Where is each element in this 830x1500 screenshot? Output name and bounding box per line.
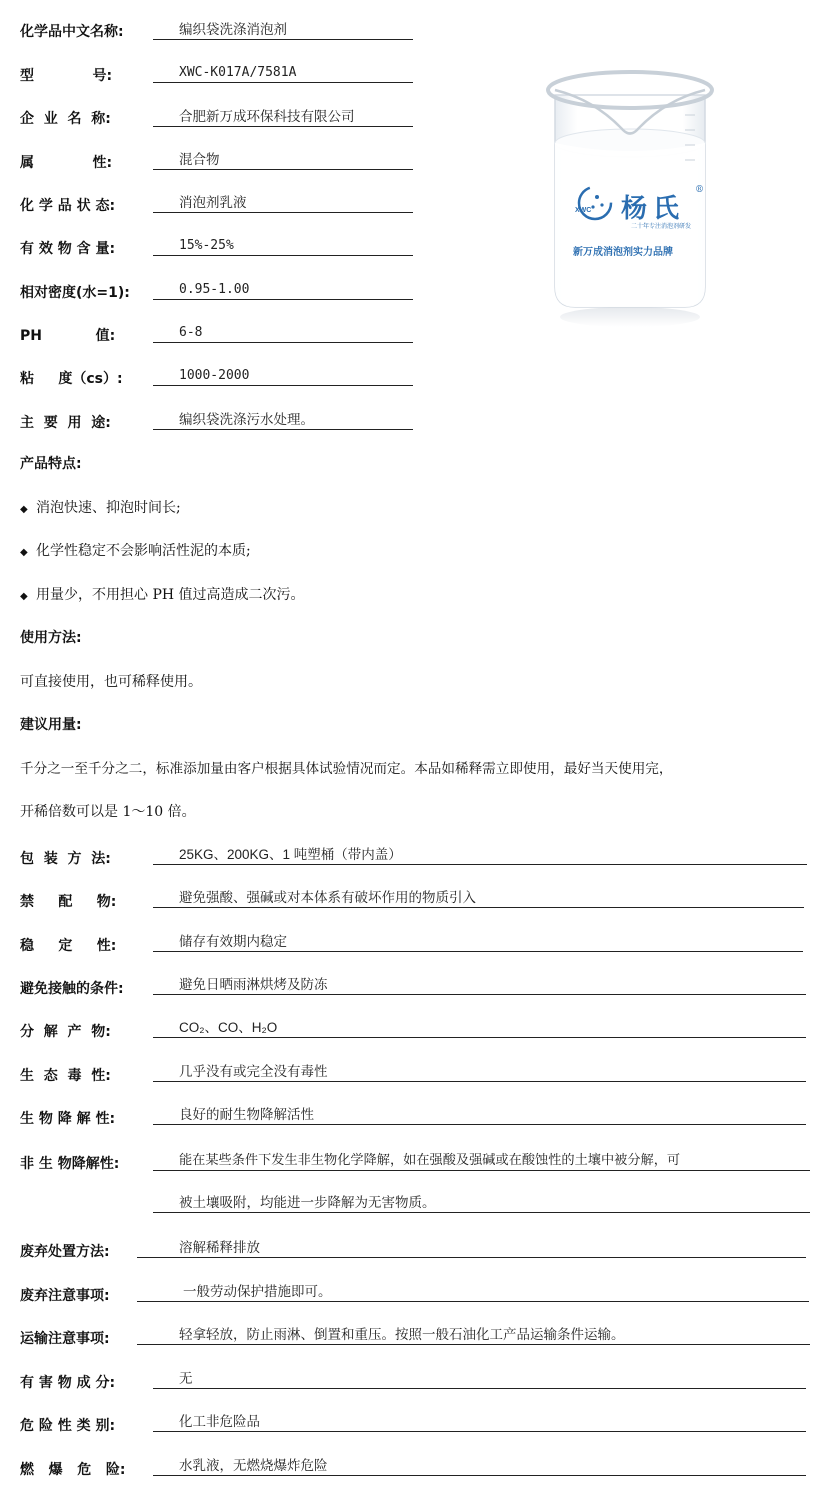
brand-subtitle: 二十年专注消泡剂研发 (631, 221, 691, 230)
spec-label: 稳 定 性: (20, 936, 116, 956)
feature-text: 消泡快速、抑泡时间长; (36, 500, 181, 516)
spec-row-density: 相对密度(水=1): (20, 279, 130, 303)
spec-row-abiotic-degradation: 非 生 物降解性: (20, 1150, 119, 1174)
spec-value-viscosity: 1000-2000 (153, 366, 413, 386)
spec-row-content: 有 效 物 含 量: (20, 235, 115, 259)
feature-item: ◆化学性稳定不会影响活性泥的本质; (20, 541, 251, 563)
spec-value-avoid: 避免日晒雨淋烘烤及防冻 (153, 975, 806, 995)
spec-label: 有 效 物 含 量: (20, 239, 115, 259)
spec-value-explosion-hazard: 水乳液，无燃烧爆炸危险 (153, 1456, 806, 1476)
spec-label: 相对密度(水=1): (20, 283, 130, 303)
spec-row-avoid: 避免接触的条件: (20, 975, 124, 999)
spec-value-attribute: 混合物 (153, 150, 413, 170)
spec-label: 属 性: (20, 153, 112, 173)
dosage-text-line2: 开稀倍数可以是 1～10 倍。 (20, 802, 196, 822)
spec-row-hazardous-components: 有 害 物 成 分: (20, 1369, 115, 1393)
spec-row-disposal: 废弃处置方法: (20, 1238, 110, 1262)
spec-value-hazard-class: 化工非危险品 (153, 1412, 806, 1432)
spec-row-ph: PH 值: (20, 322, 115, 346)
spec-row-packaging: 包 装 方 法: (20, 845, 111, 869)
spec-label: 有 害 物 成 分: (20, 1373, 115, 1393)
spec-value-hazardous-components: 无 (153, 1369, 806, 1389)
spec-label: 化学品中文名称: (20, 22, 124, 42)
spec-label: 废弃处置方法: (20, 1242, 110, 1262)
diamond-bullet-icon: ◆ (20, 500, 30, 520)
spec-value-model: XWC-K017A/7581A (153, 63, 413, 83)
brand-slogan: 新万成消泡剂实力品牌 (573, 243, 673, 258)
spec-label: 禁 配 物: (20, 892, 116, 912)
spec-value-chem-name: 编织袋洗涤消泡剂 (153, 20, 413, 40)
feature-item: ◆用量少，不用担心 PH 值过高造成二次污。 (20, 585, 305, 607)
brand-logo-text: XWC (575, 207, 591, 214)
spec-value-disposal-notes: 一般劳动保护措施即可。 (137, 1282, 809, 1302)
spec-label: 避免接触的条件: (20, 979, 124, 999)
diamond-bullet-icon: ◆ (20, 543, 30, 563)
spec-row-hazard-class: 危 险 性 类 别: (20, 1412, 115, 1436)
spec-value-biodegradability: 良好的耐生物降解活性 (153, 1105, 806, 1125)
spec-value-transport: 轻拿轻放，防止雨淋、倒置和重压。按照一般石油化工产品运输条件运输。 (137, 1325, 810, 1345)
feature-text: 化学性稳定不会影响活性泥的本质; (36, 543, 251, 559)
dosage-heading: 建议用量: (20, 715, 82, 735)
spec-row-stability: 稳 定 性: (20, 932, 116, 956)
spec-label: 包 装 方 法: (20, 849, 111, 869)
usage-heading: 使用方法: (20, 628, 82, 648)
spec-value-stability: 储存有效期内稳定 (153, 932, 803, 952)
spec-value-use: 编织袋洗涤污水处理。 (153, 410, 413, 430)
feature-text: 用量少，不用担心 PH 值过高造成二次污。 (36, 587, 305, 603)
spec-label: 生 物 降 解 性: (20, 1109, 115, 1129)
spec-label: 运输注意事项: (20, 1329, 110, 1349)
spec-label: 燃 爆 危 险: (20, 1460, 125, 1480)
spec-value-incompatible: 避免强酸、强碱或对本体系有破坏作用的物质引入 (153, 888, 804, 908)
spec-value-decomposition: CO₂、CO、H₂O (153, 1018, 806, 1038)
spec-row-company: 企 业 名 称: (20, 105, 111, 129)
spec-value-state: 消泡剂乳液 (153, 193, 413, 213)
spec-row-biodegradability: 生 物 降 解 性: (20, 1105, 115, 1129)
spec-value-packaging: 25KG、200KG、1 吨塑桶（带内盖） (153, 845, 807, 865)
diamond-bullet-icon: ◆ (20, 587, 30, 607)
usage-text: 可直接使用，也可稀释使用。 (20, 672, 202, 692)
spec-label: 化 学 品 状 态: (20, 196, 115, 216)
spec-row-state: 化 学 品 状 态: (20, 192, 115, 216)
spec-label: 型 号: (20, 66, 112, 86)
spec-row-decomposition: 分 解 产 物: (20, 1018, 111, 1042)
features-heading: 产品特点: (20, 454, 82, 474)
product-image: XWC 杨氏 ® 二十年专注消泡剂研发 新万成消泡剂实力品牌 (535, 55, 725, 335)
spec-label: 危 险 性 类 别: (20, 1416, 115, 1436)
spec-row-explosion-hazard: 燃 爆 危 险: (20, 1456, 125, 1480)
spec-value-company: 合肥新万成环保科技有限公司 (153, 107, 413, 127)
spec-value-density: 0.95-1.00 (153, 280, 413, 300)
registered-mark: ® (695, 185, 704, 195)
spec-row-disposal-notes: 废弃注意事项: (20, 1282, 110, 1306)
spec-row-use: 主 要 用 途: (20, 409, 111, 433)
spec-row-incompatible: 禁 配 物: (20, 888, 116, 912)
spec-label: 生 态 毒 性: (20, 1066, 111, 1086)
spec-value-content: 15%-25% (153, 236, 413, 256)
spec-label: 粘 度（cs）: (20, 369, 123, 389)
dosage-text-line1: 千分之一至千分之二，标准添加量由客户根据具体试验情况而定。本品如稀释需立即使用，… (20, 759, 673, 779)
spec-value-ph: 6-8 (153, 323, 413, 343)
spec-row-model: 型 号: (20, 62, 112, 86)
spec-value-abiotic-degradation-cont: 被土壤吸附，均能进一步降解为无害物质。 (153, 1193, 810, 1213)
spec-row-chem-name: 化学品中文名称: (20, 18, 124, 42)
spec-row-attribute: 属 性: (20, 149, 112, 173)
feature-item: ◆消泡快速、抑泡时间长; (20, 498, 181, 520)
spec-row-transport: 运输注意事项: (20, 1325, 110, 1349)
spec-value-eco-toxicity: 几乎没有或完全没有毒性 (153, 1062, 806, 1082)
spec-value-disposal: 溶解稀释排放 (137, 1238, 806, 1258)
spec-label: 分 解 产 物: (20, 1022, 111, 1042)
brand-name: 杨氏 (621, 188, 685, 225)
spec-row-viscosity: 粘 度（cs）: (20, 365, 123, 389)
spec-label: 废弃注意事项: (20, 1286, 110, 1306)
spec-label: 主 要 用 途: (20, 413, 111, 433)
spec-label: PH 值: (20, 326, 115, 346)
spec-label: 非 生 物降解性: (20, 1154, 119, 1174)
spec-value-abiotic-degradation: 能在某些条件下发生非生物化学降解，如在强酸及强碱或在酸蚀性的土壤中被分解，可 (153, 1151, 810, 1171)
spec-label: 企 业 名 称: (20, 109, 111, 129)
spec-row-eco-toxicity: 生 态 毒 性: (20, 1062, 111, 1086)
